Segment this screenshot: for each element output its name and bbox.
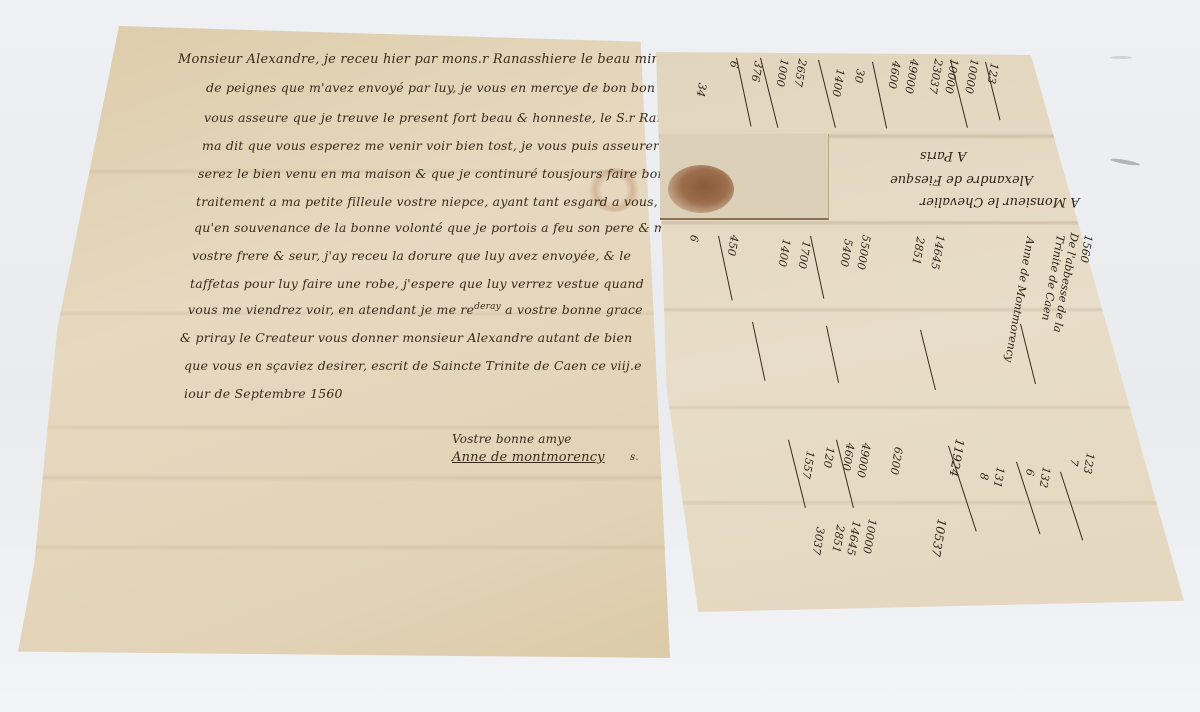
letter-line: ma dit que vous esperez me venir voir bi… xyxy=(202,138,687,153)
letter-line: vous asseure que je treuve le present fo… xyxy=(204,110,720,125)
ledger-figure: 120 xyxy=(821,446,836,469)
ledger-figure: 450 xyxy=(725,234,740,257)
letter-line-text: vous me viendrez voir, en atendant je me… xyxy=(188,302,474,317)
address-line: Alexandre de Fiesque xyxy=(890,172,1033,187)
ledger-figure: 34 xyxy=(694,82,708,98)
letter-line: que vous en sçaviez desirer, escrit de S… xyxy=(184,358,642,373)
letter-line: vous me viendrez voir, en atendant je me… xyxy=(188,302,643,317)
closing-salutation: Vostre bonne amye xyxy=(452,432,572,446)
letter-line: taffetas pour luy faire une robe, j'espe… xyxy=(190,276,644,291)
wax-seal-stain xyxy=(668,165,734,213)
ledger-figure: 123 xyxy=(1081,452,1096,475)
ledger-figure: 132 xyxy=(1037,466,1052,489)
letter-line: iour de Septembre 1560 xyxy=(184,386,343,401)
letter-line: & priray le Createur vous donner monsieu… xyxy=(180,330,632,345)
letter-line: traitement a ma petite filleule vostre n… xyxy=(196,194,658,209)
letter-line-tail: a vostre bonne grace xyxy=(505,302,643,317)
letter-line: serez le bien venu en ma maison & que je… xyxy=(198,166,666,181)
superscript: deray xyxy=(474,302,501,312)
letter-line: de peignes que m'avez envoyé par luy, je… xyxy=(206,80,715,95)
signature-mark: s. xyxy=(630,452,639,463)
ledger-figure: 30 xyxy=(852,68,866,84)
letter-line: vostre frere & seur, j'ay receu la dorur… xyxy=(192,248,631,263)
ledger-figure: 131 xyxy=(991,466,1006,489)
background-mark xyxy=(1110,157,1140,166)
background-mark xyxy=(1110,56,1132,59)
address-line: A Monsieur le Chevalier xyxy=(920,194,1080,209)
address-line: A Paris xyxy=(920,148,966,163)
signature: Anne de montmorency xyxy=(452,450,605,465)
letter-line: qu'en souvenance de la bonne volonté que… xyxy=(194,220,687,235)
